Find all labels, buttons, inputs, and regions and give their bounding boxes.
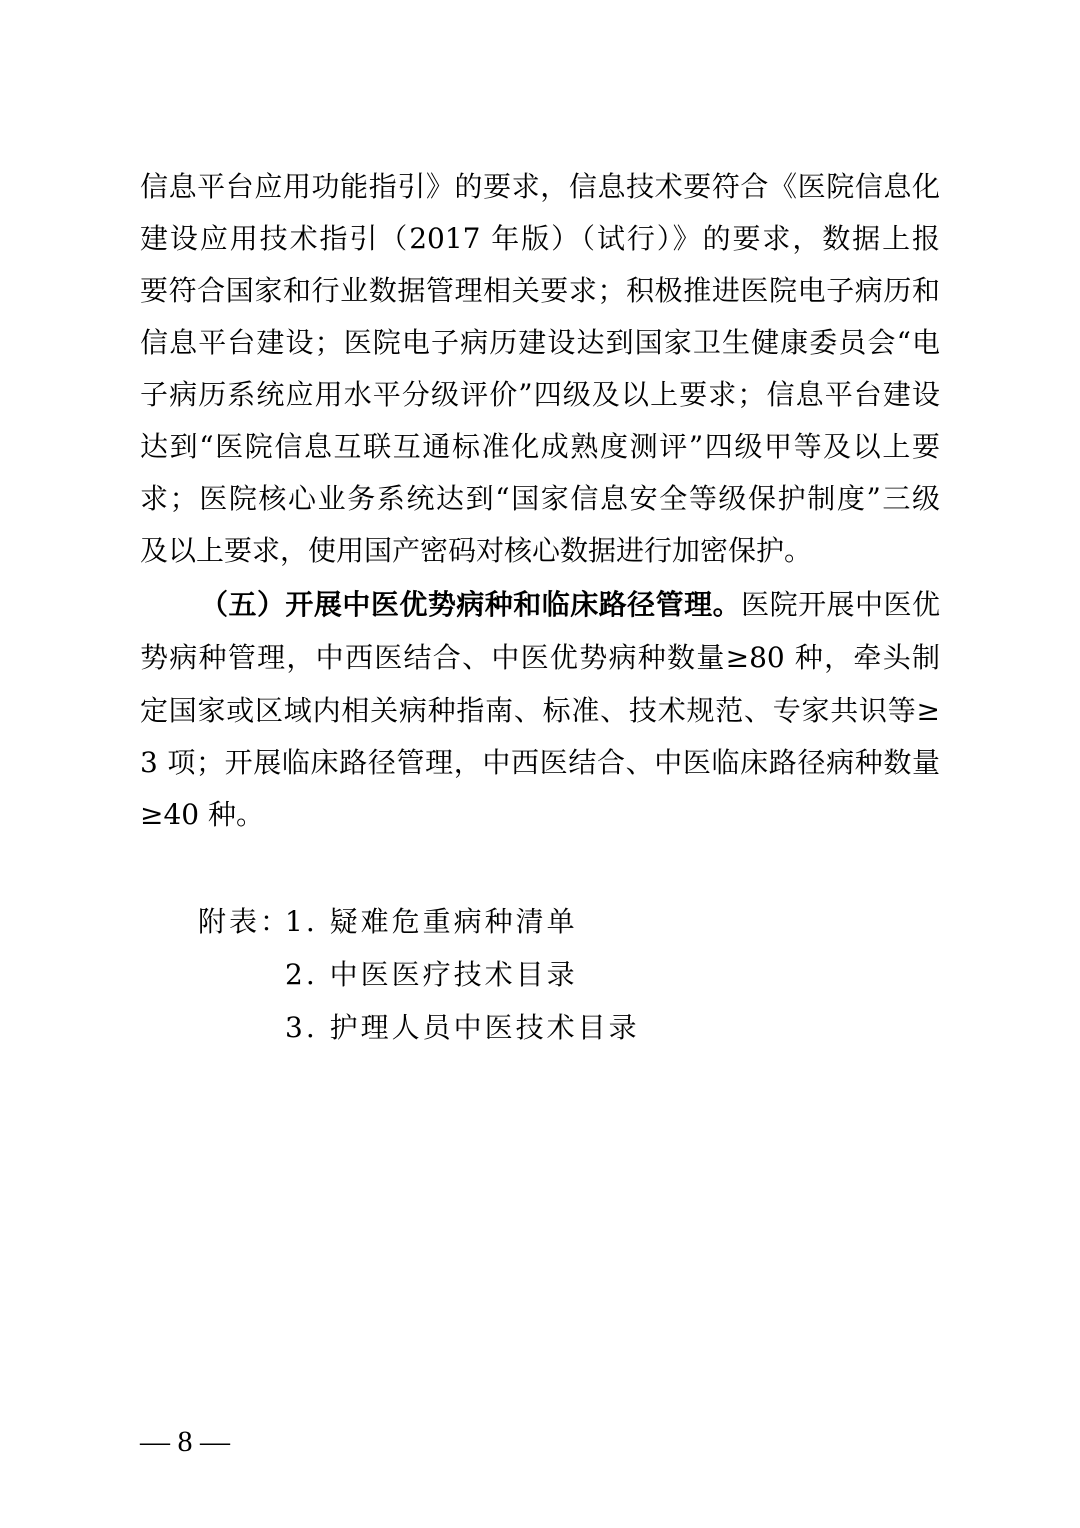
section-text: 医院开展中医优 — [741, 588, 940, 621]
text-line: 及以上要求，使用国产密码对核心数据进行加密保护。 — [140, 534, 940, 568]
page-number: — 8 — — [140, 1425, 230, 1459]
section-heading: （五）开展中医优势病种和临床路径管理。 — [200, 588, 741, 621]
text-line: 子病历系统应用水平分级评价”四级及以上要求；信息平台建设 — [140, 378, 940, 412]
text-line: 信息平台应用功能指引》的要求，信息技术要符合《医院信息化 — [140, 170, 940, 204]
text-line: 求；医院核心业务系统达到“国家信息安全等级保护制度”三级 — [140, 482, 940, 516]
attachment-item: 1. 疑难危重病种清单 — [285, 905, 578, 939]
section-5-first-line: （五）开展中医优势病种和临床路径管理。医院开展中医优 — [200, 588, 940, 622]
text-line: 定国家或区域内相关病种指南、标准、技术规范、专家共识等≥ — [140, 694, 940, 728]
text-line: 达到“医院信息互联互通标准化成熟度测评”四级甲等及以上要 — [140, 430, 940, 464]
document-page: 信息平台应用功能指引》的要求，信息技术要符合《医院信息化 建设应用技术指引（20… — [0, 0, 1080, 1528]
text-line: 势病种管理，中西医结合、中医优势病种数量≥80 种，牵头制 — [140, 641, 940, 675]
text-line: ≥40 种。 — [140, 798, 940, 832]
attachment-item: 3. 护理人员中医技术目录 — [285, 1011, 640, 1045]
attachment-item: 2. 中医医疗技术目录 — [285, 958, 578, 992]
text-line: 3 项；开展临床路径管理，中西医结合、中医临床路径病种数量 — [140, 746, 940, 780]
text-line: 建设应用技术指引（2017 年版）（试行）》的要求，数据上报 — [140, 222, 940, 256]
attachments-label: 附表： — [198, 905, 291, 939]
text-line: 信息平台建设；医院电子病历建设达到国家卫生健康委员会“电 — [140, 326, 940, 360]
text-line: 要符合国家和行业数据管理相关要求；积极推进医院电子病历和 — [140, 274, 940, 308]
